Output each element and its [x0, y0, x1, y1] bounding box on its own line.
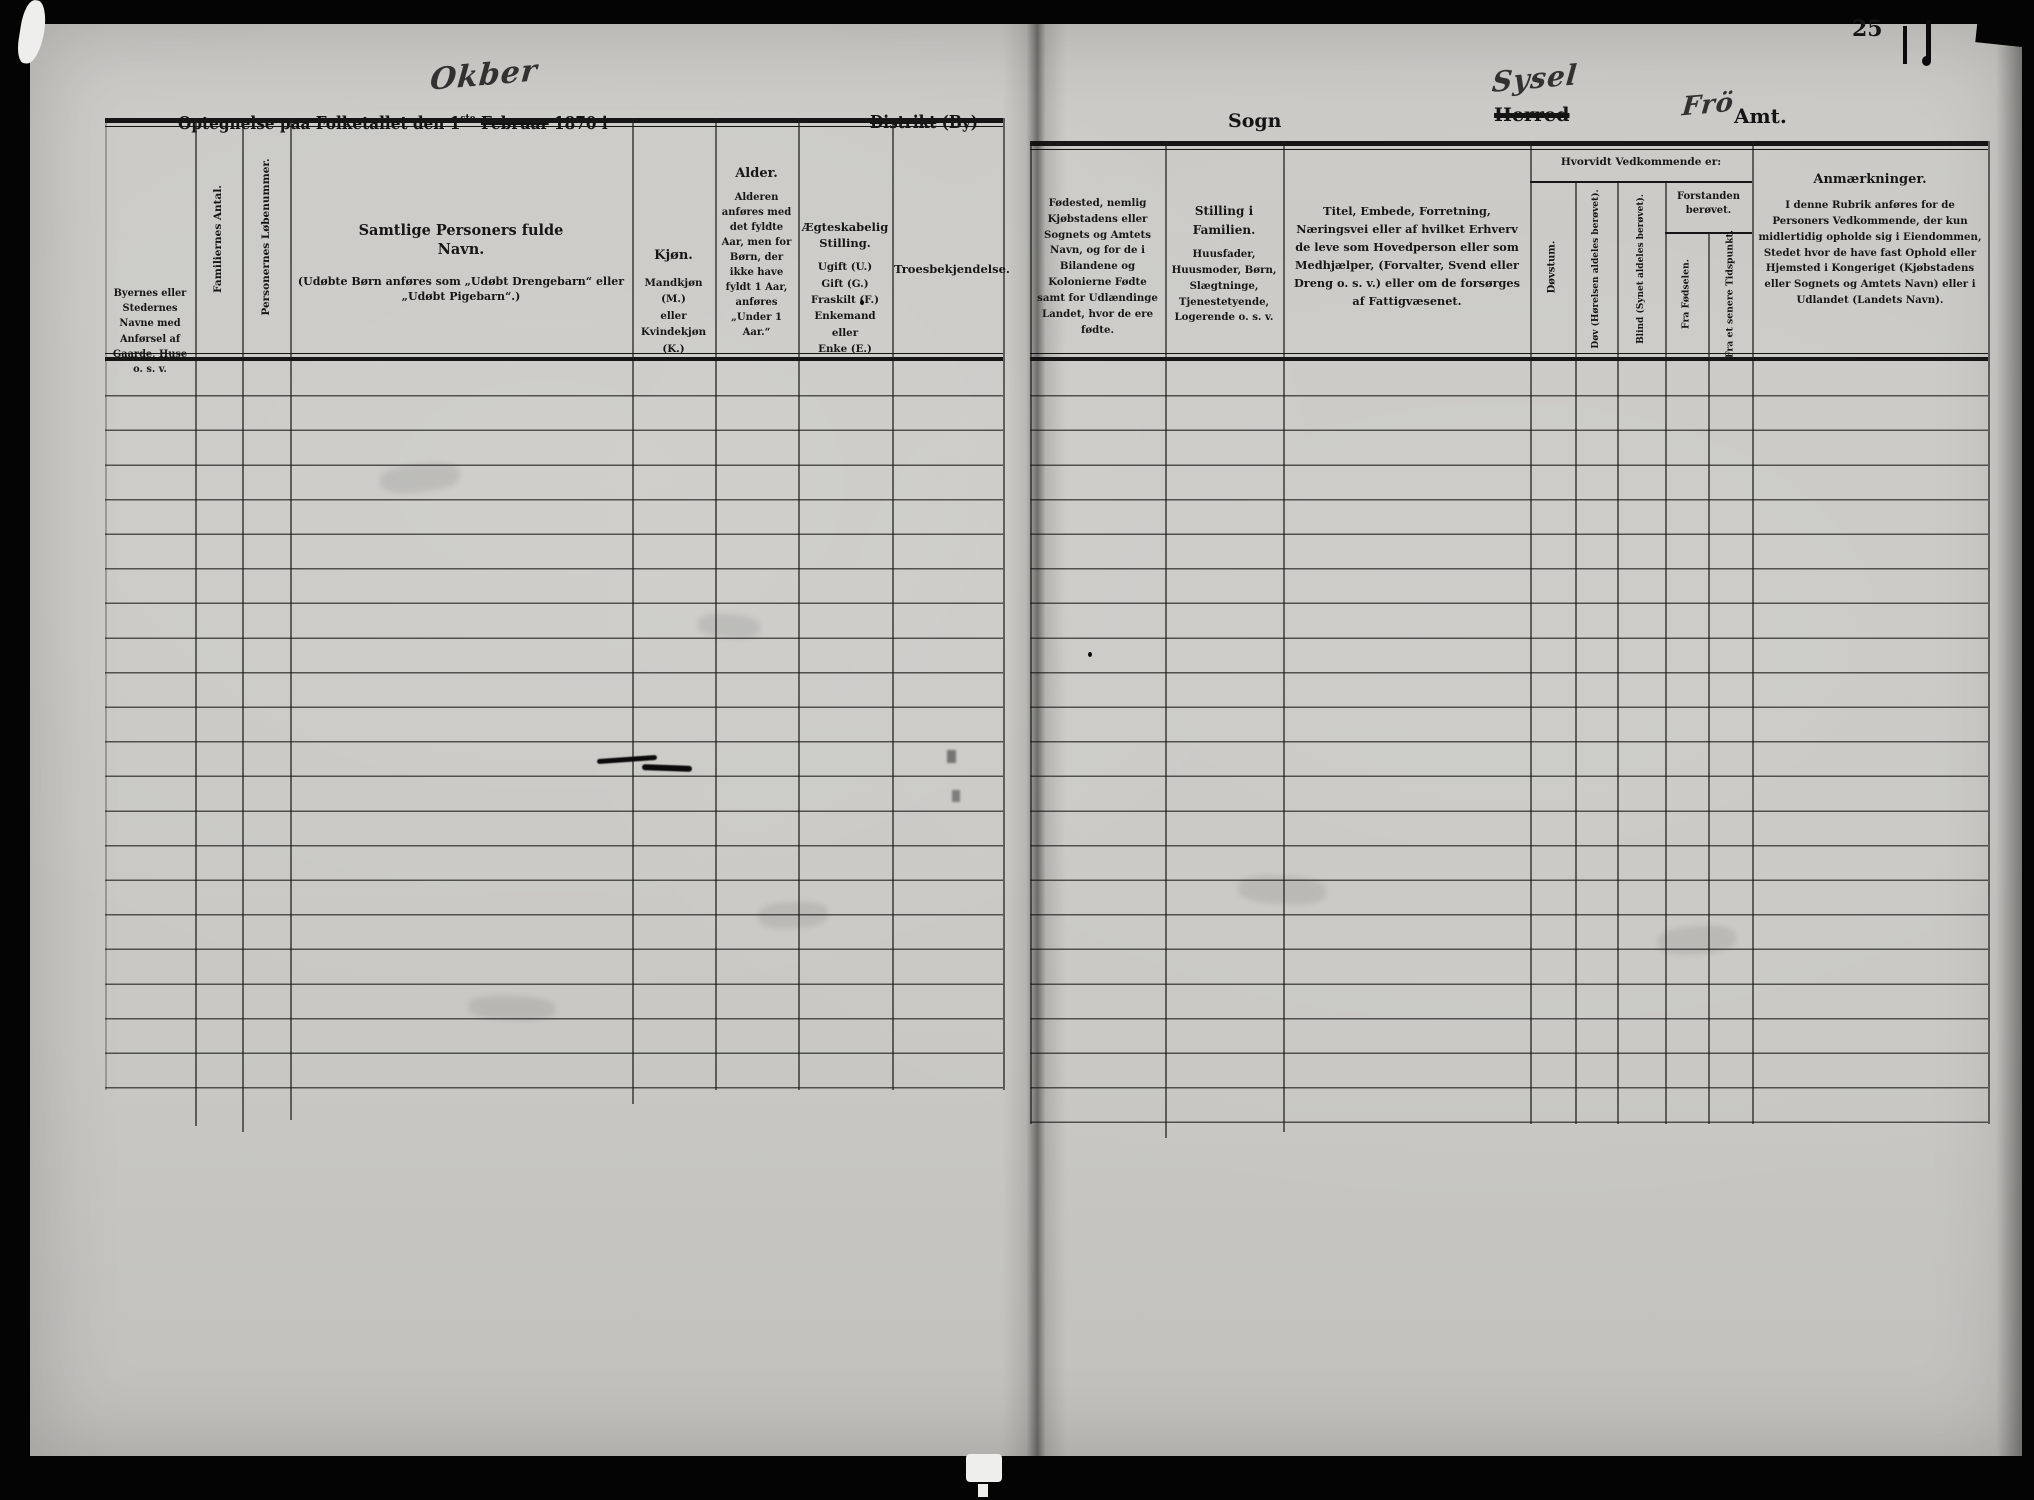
- col-header-person-number: Personernes Løbenummer.: [260, 158, 272, 315]
- left-table-top-rule-thick: [105, 118, 1003, 123]
- col-header-marital-line5: Enke (E.): [800, 341, 890, 357]
- right-col-line-3: [1530, 141, 1532, 1124]
- col-header-occupation: Titel, Embede, Forretning, Næringsvei el…: [1288, 202, 1526, 310]
- handwritten-place: Okber: [429, 53, 539, 98]
- right-header-bottom-rule-thin: [1030, 353, 1988, 354]
- right-table-row-lines: [1030, 362, 1988, 1124]
- col-header-faith: Troesbekjendelse.: [894, 262, 1003, 276]
- left-col-line-2: [242, 118, 244, 1132]
- page-edge-shadow: [1996, 24, 2022, 1456]
- col-header-families: Familiernes Antal.: [212, 185, 224, 293]
- left-col-line-1: [195, 118, 197, 1126]
- handwritten-amt: Frö: [1681, 88, 1736, 123]
- group-underline: [1530, 181, 1752, 183]
- sogn-label: Sogn: [1228, 110, 1282, 132]
- ink-stroke: [1926, 20, 1931, 60]
- right-col-line-8: [1752, 141, 1754, 1124]
- right-col-line-2: [1283, 141, 1285, 1132]
- subgroup-header-insane: Forstanden berøvet.: [1665, 190, 1752, 218]
- col-header-deafmute: Døvstum.: [1547, 241, 1558, 294]
- right-col-line-7: [1708, 233, 1710, 1124]
- col-header-sex-line1: Mandkjøn (M.): [634, 275, 713, 308]
- col-header-age: Alder. Alderen anføres med det fyldte Aa…: [717, 164, 796, 340]
- ink-stroke: [1903, 26, 1907, 64]
- col-header-remarks-title: Anmærkninger.: [1756, 170, 1984, 190]
- census-scan: Okber Optegnelse paa Folketallet den 1st…: [0, 0, 2034, 1500]
- ink-dot: [1088, 652, 1092, 657]
- col-header-deaf: Døv (Hørelsen aldeles berøvet).: [1591, 189, 1601, 348]
- col-header-name-sub: (Udøbte Børn anføres som „Udøbt Drengeba…: [298, 275, 624, 303]
- census-page-spread: Okber Optegnelse paa Folketallet den 1st…: [30, 24, 2022, 1456]
- right-col-line-1: [1165, 141, 1167, 1138]
- col-header-insane-later: Fra et senere Tidspunkt.: [1725, 230, 1736, 358]
- handwritten-herred: Sysel: [1491, 58, 1579, 99]
- group-header-condition: Hvorvidt Vedkommende er:: [1530, 156, 1752, 168]
- col-header-position-title: Stilling i Familien.: [1168, 202, 1280, 239]
- left-col-line-0: [105, 118, 107, 1090]
- left-table-row-lines: [105, 362, 1003, 1090]
- col-header-remarks: Anmærkninger. I denne Rubrik anføres for…: [1756, 170, 1984, 309]
- ink-dot: [860, 300, 864, 305]
- scanbed-corner-topright: [1975, 0, 2034, 48]
- page-number: 25: [1852, 16, 1883, 42]
- col-header-sex: Kjøn. Mandkjøn (M.) eller Kvindekjøn (K.…: [634, 246, 713, 357]
- col-header-sex-line2: eller: [634, 308, 713, 324]
- ink-blob: [1922, 56, 1931, 66]
- left-table-top-rule-thin: [105, 126, 1003, 127]
- col-header-marital-title: Ægteskabelig Stilling.: [800, 220, 890, 251]
- ink-mark: [952, 790, 960, 802]
- right-table-top-rule-thin: [1030, 149, 1988, 150]
- col-header-sex-title: Kjøn.: [634, 246, 713, 267]
- page-title-part2: 1870 i: [554, 113, 608, 134]
- ink-mark: [947, 750, 956, 763]
- col-header-position: Stilling i Familien. Huusfader, Huusmode…: [1168, 202, 1280, 326]
- herred-label-struck: Herred: [1494, 104, 1569, 126]
- col-header-name-title: Samtlige Personers fulde Navn.: [356, 222, 566, 260]
- col-header-marital-line3: Fraskilt (F.): [800, 292, 890, 308]
- col-header-age-title: Alder.: [717, 164, 796, 184]
- right-table-top-rule-thick: [1030, 141, 1988, 146]
- col-header-name: Samtlige Personers fulde Navn. (Udøbte B…: [292, 222, 630, 304]
- col-header-marital-line4: Enkemand eller: [800, 308, 890, 341]
- right-col-line-5: [1617, 182, 1619, 1124]
- right-col-line-4: [1575, 182, 1577, 1124]
- binding-tab-bottom: [966, 1454, 1002, 1482]
- col-header-places: Byernes eller Stedernes Navne med Anførs…: [107, 286, 193, 377]
- col-header-remarks-body: I denne Rubrik anføres for de Personers …: [1758, 199, 1981, 306]
- col-header-insane-from-birth: Fra Fødselen.: [1681, 259, 1692, 329]
- col-header-position-sub: Huusfader, Huusmoder, Børn, Slægtninge, …: [1172, 248, 1277, 323]
- col-header-blind: Blind (Synet aldeles berøvet).: [1636, 194, 1646, 344]
- right-col-line-6: [1665, 182, 1667, 1124]
- amt-label: Amt.: [1734, 104, 1787, 128]
- right-col-line-9: [1988, 141, 1990, 1124]
- col-header-marital: Ægteskabelig Stilling. Ugift (U.) Gift (…: [800, 220, 890, 358]
- page-title-month-struck: Februar: [481, 113, 549, 134]
- col-header-marital-line1: Ugift (U.): [800, 259, 890, 275]
- col-header-age-sub: Alderen anføres med det fyldte Aar, men …: [722, 192, 792, 338]
- binding-tab-stem: [978, 1484, 988, 1497]
- col-header-sex-line3: Kvindekjøn (K.): [634, 324, 713, 357]
- book-fold: [1002, 24, 1066, 1456]
- page-title-part1: Optegnelse paa Folketallet den 1: [178, 113, 460, 134]
- col-header-marital-line2: Gift (G.): [800, 276, 890, 292]
- right-header-bottom-rule-thick: [1030, 357, 1988, 361]
